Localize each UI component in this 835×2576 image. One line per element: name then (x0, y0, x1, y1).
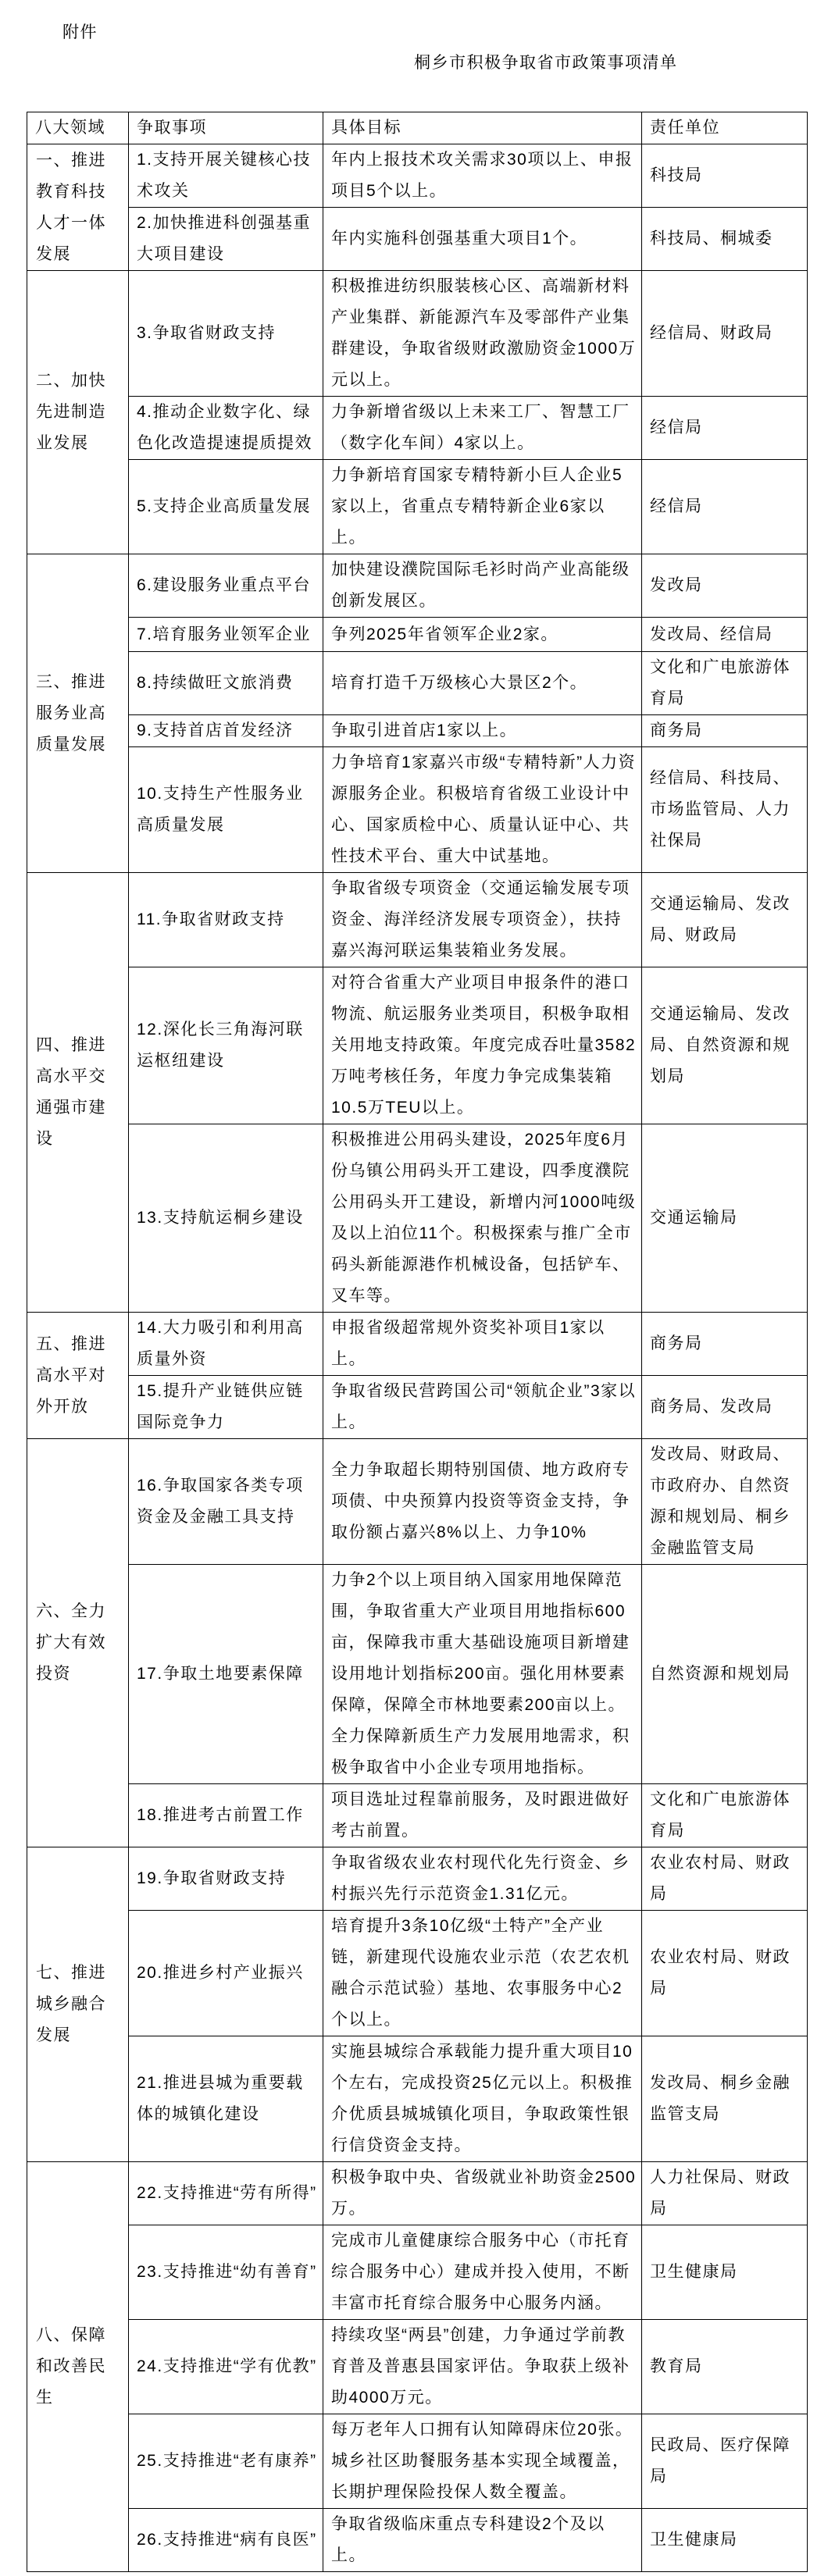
target-cell: 年内上报技术攻关需求30项以上、申报 项目5个以上。 (323, 144, 642, 208)
table-row: 8.持续做旺文旅消费 培育打造千万级核心大景区2个。 文化和广电旅游体 育局 (27, 652, 808, 715)
target-cell: 积极推进纺织服装核心区、高端新材料 产业集群、新能源汽车及零部件产业集 群建设，… (323, 271, 642, 397)
unit-cell: 农业农村局、财政 局 (642, 1847, 808, 1911)
domain-cell: 二、加快 先进制造 业发展 (27, 271, 129, 554)
target-cell: 持续攻坚“两县”创建，力争通过学前教 育普及普惠县国家评估。争取获上级补 助40… (323, 2320, 642, 2414)
target-cell: 全力争取超长期特别国债、地方政府专 项债、中央预算内投资等资金支持，争 取份额占… (323, 1439, 642, 1565)
item-cell: 4.推动企业数字化、绿 色化改造提速提质提效 (129, 397, 323, 460)
target-cell: 积极争取中央、省级就业补助资金2500 万。 (323, 2162, 642, 2225)
header-unit: 责任单位 (642, 112, 808, 144)
table-row: 26.支持推进“病有良医” 争取省级临床重点专科建设2个及以 上。 卫生健康局 (27, 2509, 808, 2572)
table-row: 10.支持生产性服务业 高质量发展 力争培育1家嘉兴市级“专精特新”人力资 源服… (27, 747, 808, 873)
table-row: 12.深化长三角海河联 运枢纽建设 对符合省重大产业项目申报条件的港口 物流、航… (27, 967, 808, 1124)
item-cell: 22.支持推进“劳有所得” (129, 2162, 323, 2225)
unit-cell: 交通运输局、发改 局、财政局 (642, 873, 808, 967)
item-cell: 16.争取国家各类专项 资金及金融工具支持 (129, 1439, 323, 1565)
policy-list-table: 八大领域 争取事项 具体目标 责任单位 一、推进 教育科技 人才一体 发展 1.… (27, 112, 808, 2572)
item-cell: 7.培育服务业领军企业 (129, 618, 323, 652)
table-row: 13.支持航运桐乡建设 积极推进公用码头建设，2025年度6月 份乌镇公用码头开… (27, 1124, 808, 1313)
unit-cell: 文化和广电旅游体 育局 (642, 1784, 808, 1847)
table-header-row: 八大领域 争取事项 具体目标 责任单位 (27, 112, 808, 144)
domain-cell: 五、推进 高水平对 外开放 (27, 1313, 129, 1439)
item-cell: 2.加快推进科创强基重 大项目建设 (129, 208, 323, 271)
unit-cell: 经信局 (642, 460, 808, 554)
table-row: 八、保障 和改善民 生 22.支持推进“劳有所得” 积极争取中央、省级就业补助资… (27, 2162, 808, 2225)
domain-cell: 三、推进 服务业高 质量发展 (27, 554, 129, 873)
unit-cell: 科技局、桐城委 (642, 208, 808, 271)
item-cell: 6.建设服务业重点平台 (129, 554, 323, 618)
item-cell: 24.支持推进“学有优教” (129, 2320, 323, 2414)
item-cell: 19.争取省财政支持 (129, 1847, 323, 1911)
unit-cell: 商务局 (642, 715, 808, 747)
table-row: 四、推进 高水平交 通强市建 设 11.争取省财政支持 争取省级专项资金（交通运… (27, 873, 808, 967)
table-row: 23.支持推进“幼有善育” 完成市儿童健康综合服务中心（市托育 综合服务中心）建… (27, 2225, 808, 2320)
target-cell: 完成市儿童健康综合服务中心（市托育 综合服务中心）建成并投入使用，不断 丰富市托… (323, 2225, 642, 2320)
item-cell: 8.持续做旺文旅消费 (129, 652, 323, 715)
table-row: 六、全力 扩大有效 投资 16.争取国家各类专项 资金及金融工具支持 全力争取超… (27, 1439, 808, 1565)
table-row: 17.争取土地要素保障 力争2个以上项目纳入国家用地保障范 围，争取省重大产业项… (27, 1565, 808, 1784)
table-row: 三、推进 服务业高 质量发展 6.建设服务业重点平台 加快建设濮院国际毛衫时尚产… (27, 554, 808, 618)
header-item: 争取事项 (129, 112, 323, 144)
unit-cell: 农业农村局、财政 局 (642, 1911, 808, 2036)
unit-cell: 人力社保局、财政 局 (642, 2162, 808, 2225)
item-cell: 10.支持生产性服务业 高质量发展 (129, 747, 323, 873)
item-cell: 26.支持推进“病有良医” (129, 2509, 323, 2572)
unit-cell: 发改局、桐乡金融 监管支局 (642, 2036, 808, 2162)
item-cell: 5.支持企业高质量发展 (129, 460, 323, 554)
table-row: 2.加快推进科创强基重 大项目建设 年内实施科创强基重大项目1个。 科技局、桐城… (27, 208, 808, 271)
unit-cell: 卫生健康局 (642, 2509, 808, 2572)
table-row: 4.推动企业数字化、绿 色化改造提速提质提效 力争新增省级以上未来工厂、智慧工厂… (27, 397, 808, 460)
table-row: 9.支持首店首发经济 争取引进首店1家以上。 商务局 (27, 715, 808, 747)
table-row: 5.支持企业高质量发展 力争新培育国家专精特新小巨人企业5 家以上，省重点专精特… (27, 460, 808, 554)
unit-cell: 经信局 (642, 397, 808, 460)
table-row: 一、推进 教育科技 人才一体 发展 1.支持开展关键核心技 术攻关 年内上报技术… (27, 144, 808, 208)
target-cell: 项目选址过程靠前服务，及时跟进做好 考古前置。 (323, 1784, 642, 1847)
item-cell: 15.提升产业链供应链 国际竞争力 (129, 1376, 323, 1439)
unit-cell: 交通运输局 (642, 1124, 808, 1313)
item-cell: 25.支持推进“老有康养” (129, 2414, 323, 2509)
target-cell: 力争2个以上项目纳入国家用地保障范 围，争取省重大产业项目用地指标600 亩，保… (323, 1565, 642, 1784)
target-cell: 争取省级民营跨国公司“领航企业”3家以 上。 (323, 1376, 642, 1439)
item-cell: 21.推进县城为重要载 体的城镇化建设 (129, 2036, 323, 2162)
table-row: 7.培育服务业领军企业 争列2025年省领军企业2家。 发改局、经信局 (27, 618, 808, 652)
unit-cell: 自然资源和规划局 (642, 1565, 808, 1784)
item-cell: 23.支持推进“幼有善育” (129, 2225, 323, 2320)
header-domain: 八大领域 (27, 112, 129, 144)
target-cell: 力争培育1家嘉兴市级“专精特新”人力资 源服务企业。积极培育省级工业设计中 心、… (323, 747, 642, 873)
target-cell: 争取省级临床重点专科建设2个及以 上。 (323, 2509, 642, 2572)
target-cell: 每万老年人口拥有认知障碍床位20张。 城乡社区助餐服务基本实现全域覆盖， 长期护… (323, 2414, 642, 2509)
table-row: 五、推进 高水平对 外开放 14.大力吸引和利用高 质量外资 申报省级超常规外资… (27, 1313, 808, 1376)
target-cell: 培育打造千万级核心大景区2个。 (323, 652, 642, 715)
target-cell: 争取省级专项资金（交通运输发展专项 资金、海洋经济发展专项资金），扶持 嘉兴海河… (323, 873, 642, 967)
target-cell: 加快建设濮院国际毛衫时尚产业高能级 创新发展区。 (323, 554, 642, 618)
unit-cell: 发改局 (642, 554, 808, 618)
header-target: 具体目标 (323, 112, 642, 144)
table-row: 七、推进 城乡融合 发展 19.争取省财政支持 争取省级农业农村现代化先行资金、… (27, 1847, 808, 1911)
item-cell: 18.推进考古前置工作 (129, 1784, 323, 1847)
table-row: 24.支持推进“学有优教” 持续攻坚“两县”创建，力争通过学前教 育普及普惠县国… (27, 2320, 808, 2414)
item-cell: 17.争取土地要素保障 (129, 1565, 323, 1784)
target-cell: 争列2025年省领军企业2家。 (323, 618, 642, 652)
item-cell: 20.推进乡村产业振兴 (129, 1911, 323, 2036)
item-cell: 9.支持首店首发经济 (129, 715, 323, 747)
unit-cell: 商务局 (642, 1313, 808, 1376)
item-cell: 3.争取省财政支持 (129, 271, 323, 397)
target-cell: 力争新培育国家专精特新小巨人企业5 家以上，省重点专精特新企业6家以 上。 (323, 460, 642, 554)
unit-cell: 科技局 (642, 144, 808, 208)
item-cell: 13.支持航运桐乡建设 (129, 1124, 323, 1313)
unit-cell: 发改局、经信局 (642, 618, 808, 652)
item-cell: 12.深化长三角海河联 运枢纽建设 (129, 967, 323, 1124)
target-cell: 对符合省重大产业项目申报条件的港口 物流、航运服务业类项目，积极争取相 关用地支… (323, 967, 642, 1124)
table-row: 15.提升产业链供应链 国际竞争力 争取省级民营跨国公司“领航企业”3家以 上。… (27, 1376, 808, 1439)
unit-cell: 卫生健康局 (642, 2225, 808, 2320)
unit-cell: 教育局 (642, 2320, 808, 2414)
item-cell: 11.争取省财政支持 (129, 873, 323, 967)
table-row: 18.推进考古前置工作 项目选址过程靠前服务，及时跟进做好 考古前置。 文化和广… (27, 1784, 808, 1847)
unit-cell: 经信局、财政局 (642, 271, 808, 397)
unit-cell: 经信局、科技局、 市场监管局、人力 社保局 (642, 747, 808, 873)
table-row: 21.推进县城为重要载 体的城镇化建设 实施县城综合承载能力提升重大项目10 个… (27, 2036, 808, 2162)
page-title: 桐乡市积极争取省市政策事项清单 (414, 48, 678, 79)
table-row: 25.支持推进“老有康养” 每万老年人口拥有认知障碍床位20张。 城乡社区助餐服… (27, 2414, 808, 2509)
item-cell: 1.支持开展关键核心技 术攻关 (129, 144, 323, 208)
item-cell: 14.大力吸引和利用高 质量外资 (129, 1313, 323, 1376)
table-row: 二、加快 先进制造 业发展 3.争取省财政支持 积极推进纺织服装核心区、高端新材… (27, 271, 808, 397)
domain-cell: 七、推进 城乡融合 发展 (27, 1847, 129, 2162)
target-cell: 实施县城综合承载能力提升重大项目10 个左右，完成投资25亿元以上。积极推 介优… (323, 2036, 642, 2162)
domain-cell: 四、推进 高水平交 通强市建 设 (27, 873, 129, 1313)
attachment-label: 附件 (62, 17, 98, 48)
domain-cell: 一、推进 教育科技 人才一体 发展 (27, 144, 129, 271)
domain-cell: 八、保障 和改善民 生 (27, 2162, 129, 2572)
target-cell: 年内实施科创强基重大项目1个。 (323, 208, 642, 271)
target-cell: 争取省级农业农村现代化先行资金、乡 村振兴先行示范资金1.31亿元。 (323, 1847, 642, 1911)
table-row: 20.推进乡村产业振兴 培育提升3条10亿级“土特产”全产业 链，新建现代设施农… (27, 1911, 808, 2036)
unit-cell: 文化和广电旅游体 育局 (642, 652, 808, 715)
target-cell: 力争新增省级以上未来工厂、智慧工厂 （数字化车间）4家以上。 (323, 397, 642, 460)
unit-cell: 交通运输局、发改 局、自然资源和规 划局 (642, 967, 808, 1124)
unit-cell: 民政局、医疗保障 局 (642, 2414, 808, 2509)
unit-cell: 商务局、发改局 (642, 1376, 808, 1439)
target-cell: 培育提升3条10亿级“土特产”全产业 链，新建现代设施农业示范（农艺农机 融合示… (323, 1911, 642, 2036)
target-cell: 积极推进公用码头建设，2025年度6月 份乌镇公用码头开工建设，四季度濮院 公用… (323, 1124, 642, 1313)
target-cell: 争取引进首店1家以上。 (323, 715, 642, 747)
target-cell: 申报省级超常规外资奖补项目1家以 上。 (323, 1313, 642, 1376)
unit-cell: 发改局、财政局、 市政府办、自然资 源和规划局、桐乡 金融监管支局 (642, 1439, 808, 1565)
domain-cell: 六、全力 扩大有效 投资 (27, 1439, 129, 1847)
